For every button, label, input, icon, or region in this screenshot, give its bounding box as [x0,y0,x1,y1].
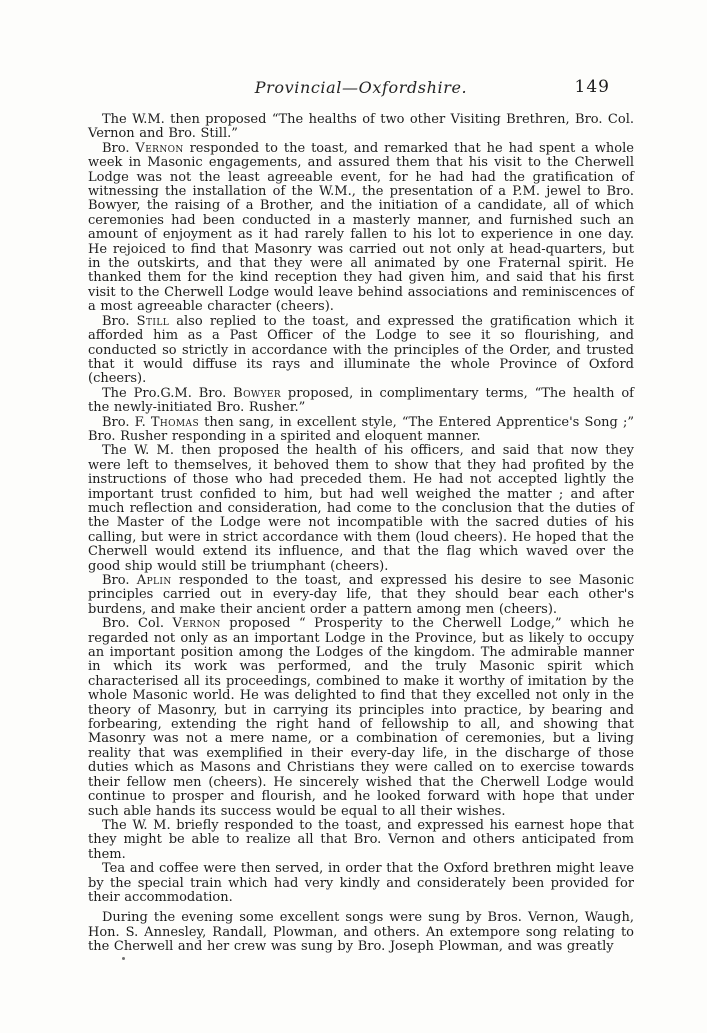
page-number: 149 [575,77,610,97]
smallcaps-name: Vernon [135,141,183,156]
paragraph-text: also replied to the toast, and expressed… [88,314,634,387]
paragraph: Bro. Vernon responded to the toast, and … [88,142,634,315]
paragraph-text: Tea and coffee were then served, in orde… [88,861,634,905]
paragraph-text: Bro. F. [102,415,151,430]
text-block: Provincial—Oxfordshire. 149 The W.M. the… [88,78,634,955]
paragraph: Bro. Still also replied to the toast, an… [88,315,634,387]
paragraph-text: During the evening some excellent songs … [88,910,634,954]
document-page: Provincial—Oxfordshire. 149 The W.M. the… [0,0,707,1033]
paragraph-text: Bro. [102,573,137,588]
paragraph: The Pro.G.M. Bro. Bowyer proposed, in co… [88,387,634,416]
running-header: Provincial—Oxfordshire. 149 [88,78,634,98]
smallcaps-name: Thomas [151,415,199,430]
paragraph: During the evening some excellent songs … [88,911,634,954]
ink-speck [122,957,125,960]
page-title: Provincial—Oxfordshire. [88,78,634,97]
paragraph-text: The Pro.G.M. Bro. [102,386,233,401]
paragraph: The W. M. then proposed the health of hi… [88,444,634,574]
paragraph: Bro. Col. Vernon proposed “ Prosperity t… [88,617,634,819]
smallcaps-name: Bowyer [233,386,281,401]
paragraph-text: Bro. [102,314,137,329]
article-body: The W.M. then proposed “The healths of t… [88,113,634,955]
paragraph-text: Bro. Col. [102,616,173,631]
smallcaps-name: Vernon [173,616,221,631]
paragraph: The W. M. briefly responded to the toast… [88,819,634,862]
paragraph-text: The W. M. then proposed the health of hi… [88,443,634,573]
smallcaps-name: Aplin [137,573,172,588]
smallcaps-name: Still [137,314,169,329]
paragraph-text: Bro. [102,141,135,156]
paragraph: Bro. Aplin responded to the toast, and e… [88,574,634,617]
paragraph: Tea and coffee were then served, in orde… [88,862,634,905]
paragraph-text: responded to the toast, and remarked tha… [88,141,634,314]
paragraph-text: proposed “ Prosperity to the Cherwell Lo… [88,616,634,818]
paragraph: Bro. F. Thomas then sang, in excellent s… [88,416,634,445]
paragraph: The W.M. then proposed “The healths of t… [88,113,634,142]
paragraph-text: The W.M. then proposed “The healths of t… [88,112,634,141]
paragraph-text: The W. M. briefly responded to the toast… [88,818,634,862]
